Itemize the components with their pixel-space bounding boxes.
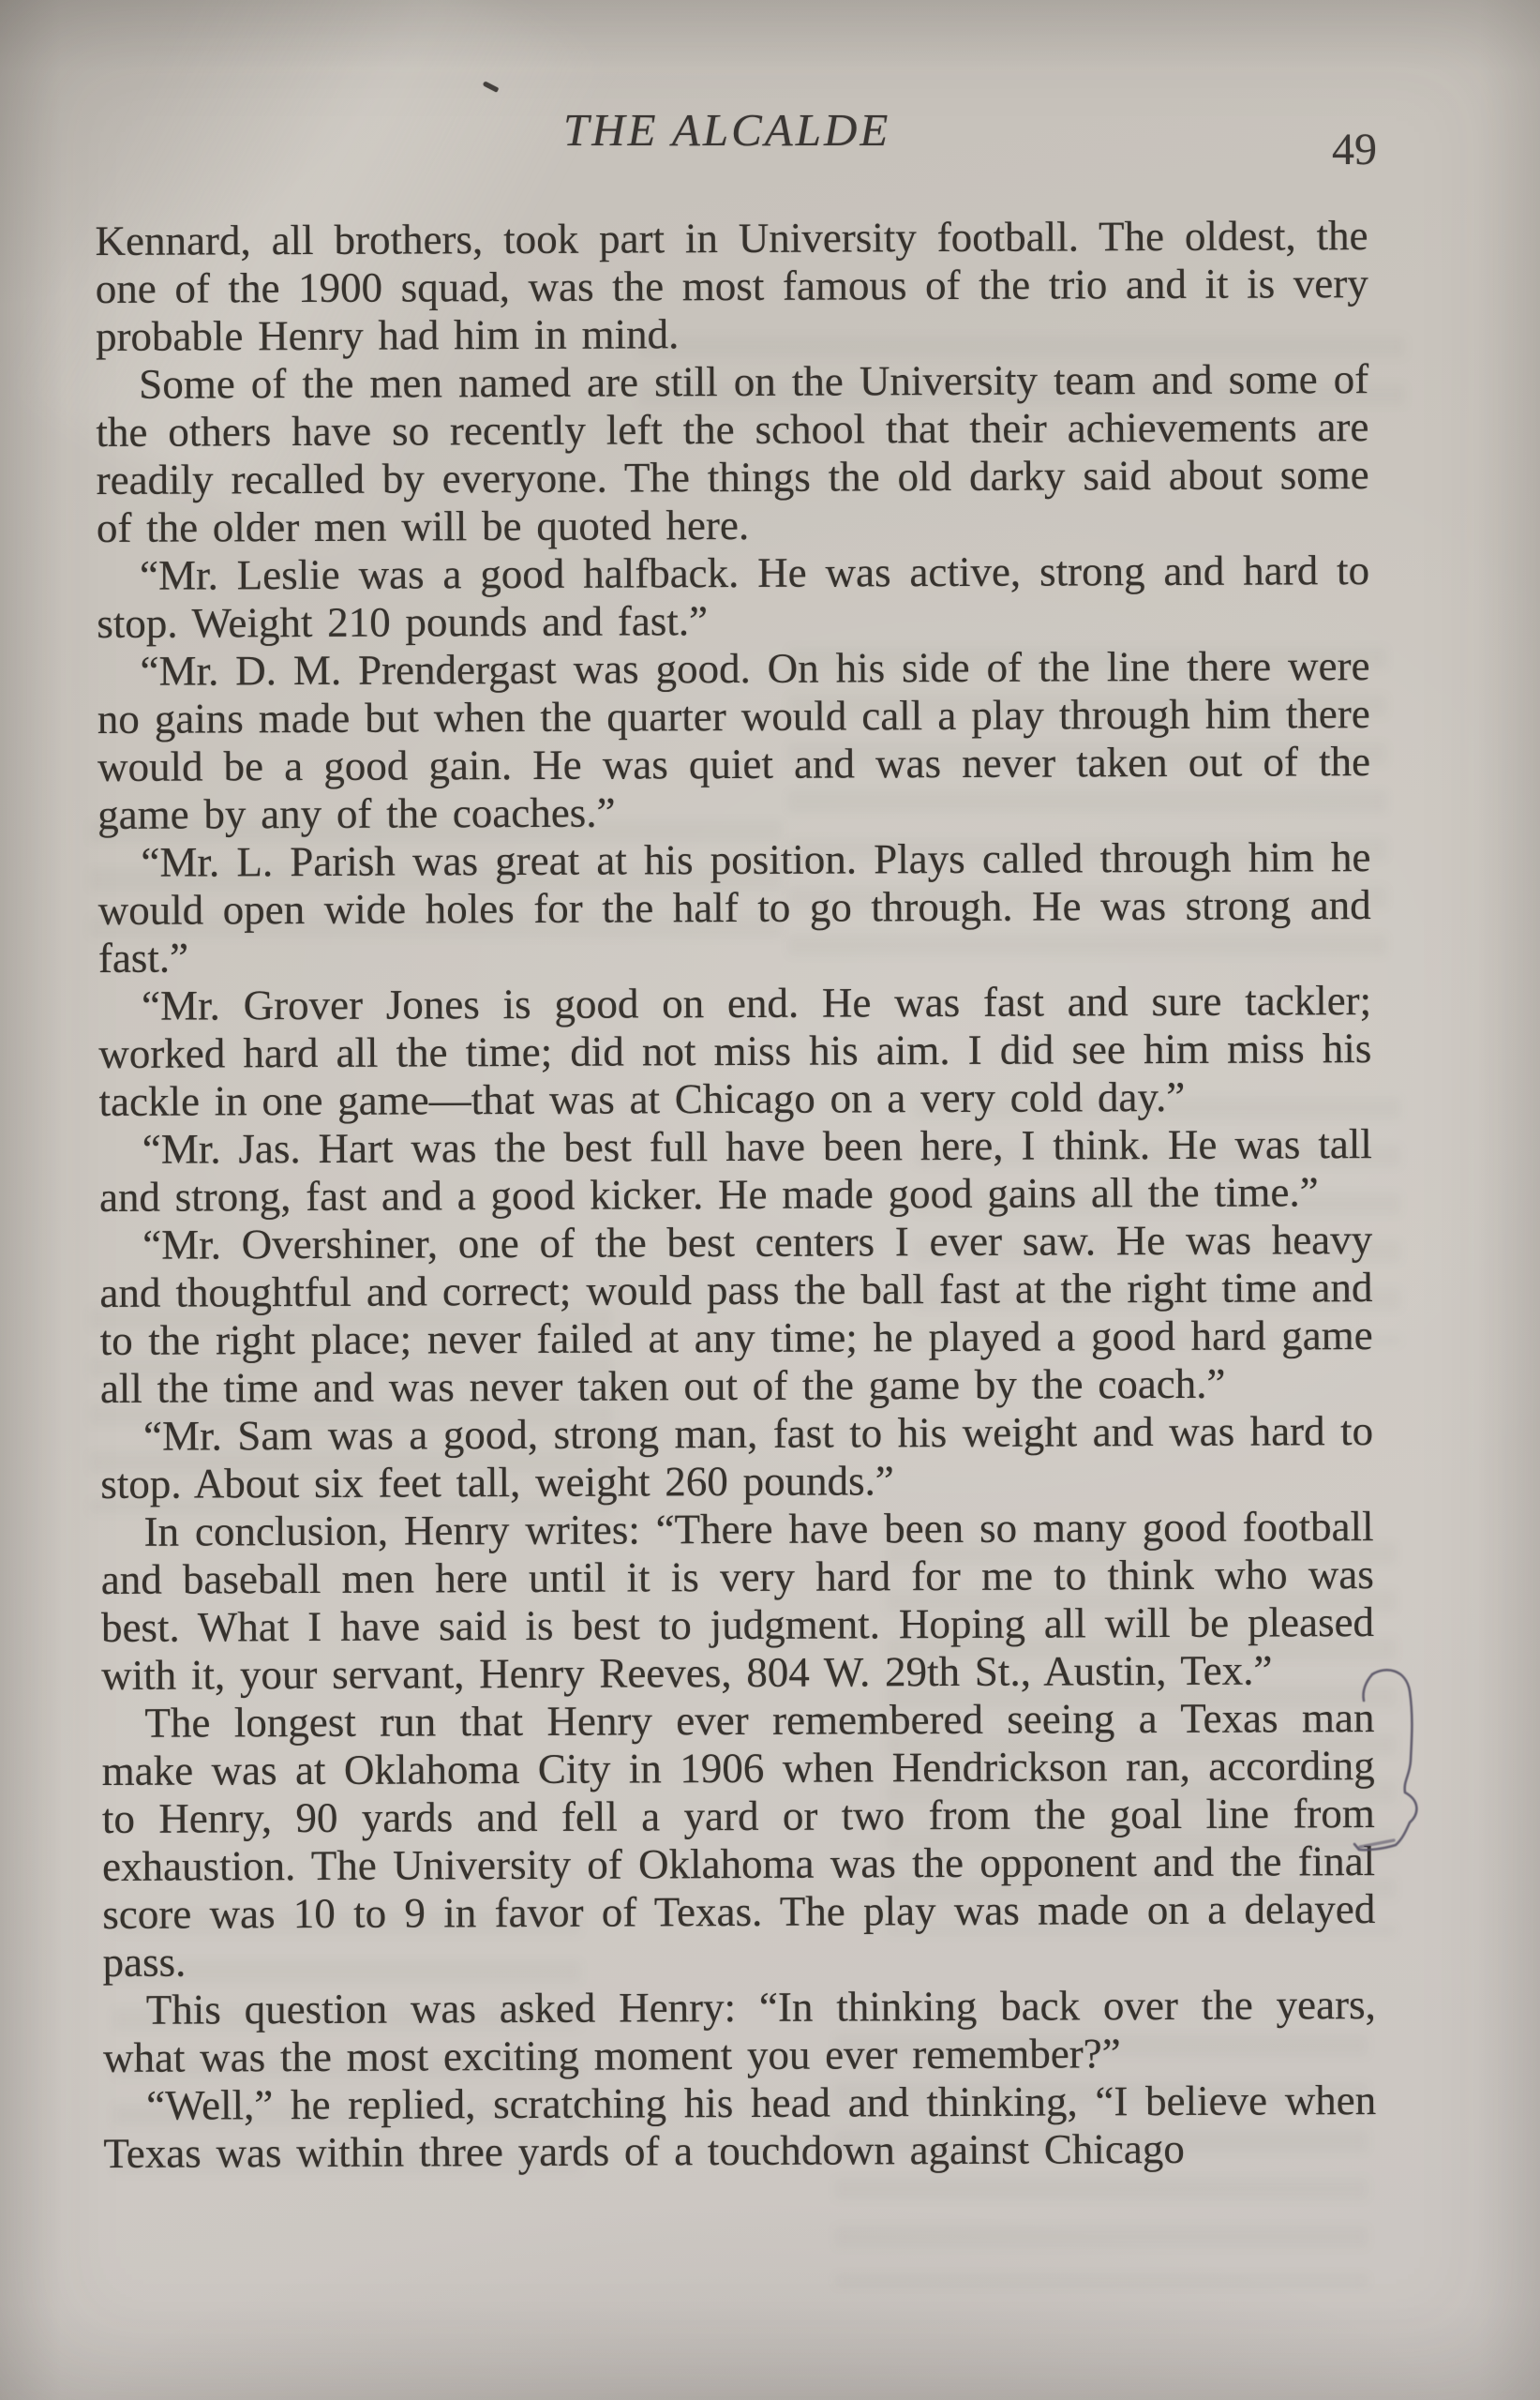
page-number: 49 (1332, 124, 1377, 175)
page-title: THE ALCALDE (563, 103, 890, 157)
stray-ink-mark (483, 81, 499, 92)
paragraph: In conclusion, Henry writes: “There have… (100, 1503, 1374, 1700)
scanned-page-photo: THE ALCALDE 49 Kennard, all brothers, to… (0, 0, 1540, 2400)
paragraph: The longest run that Henry ever remember… (101, 1694, 1375, 1987)
paragraph: “Well,” he replied, scratching his head … (103, 2077, 1376, 2178)
paragraph: “Mr. Leslie was a good halfback. He was … (97, 547, 1369, 648)
paragraph: Kennard, all brothers, took part in Univ… (95, 212, 1368, 361)
paragraph: “Mr. Grover Jones is good on end. He was… (98, 977, 1372, 1126)
paragraph: “Mr. L. Parish was great at his position… (97, 833, 1371, 982)
paragraph: “Mr. Jas. Hart was the best full have be… (99, 1120, 1372, 1222)
paragraph: “Mr. Overshiner, one of the best centers… (99, 1216, 1373, 1413)
paragraph: “Mr. D. M. Prendergast was good. On his … (97, 642, 1370, 839)
paragraph: Some of the men named are still on the U… (96, 355, 1369, 552)
paragraph: This question was asked Henry: “In think… (103, 1981, 1376, 2082)
paragraph: “Mr. Sam was a good, strong man, fast to… (100, 1407, 1373, 1508)
page-body-text: Kennard, all brothers, took part in Univ… (95, 212, 1376, 2178)
